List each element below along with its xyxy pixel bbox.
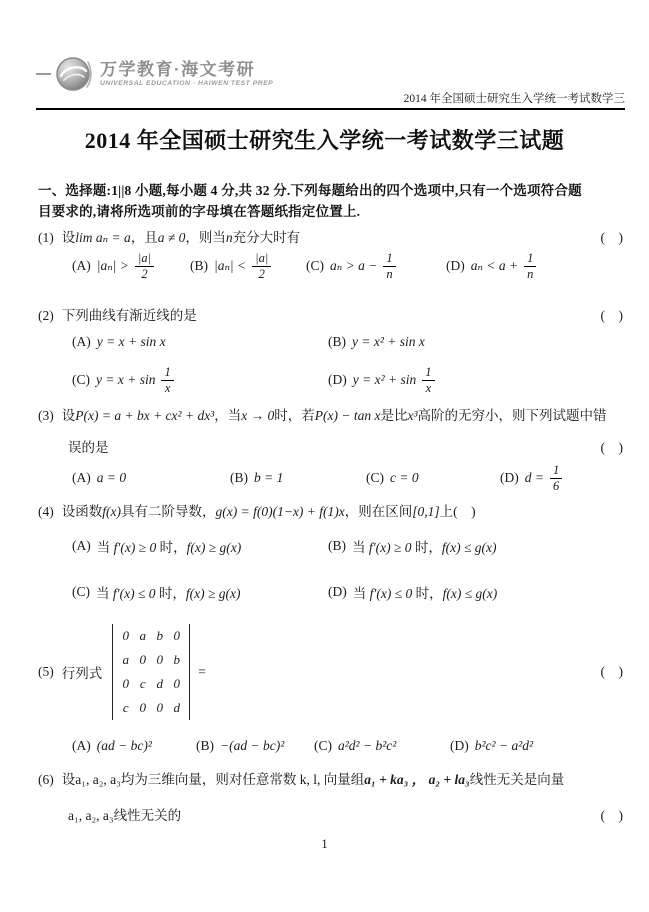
question-3-options: (A) a = 0 (B) b = 1 (C) c = 0 (D) d = 16 — [72, 456, 623, 500]
fraction: |a|2 — [252, 251, 271, 282]
option-math: a²d² − b²c² — [338, 738, 396, 754]
stem-text: 上 — [440, 500, 454, 520]
stem-text: 设 — [62, 226, 76, 246]
fraction: |a|2 — [135, 251, 154, 282]
option-label: (D) — [328, 584, 347, 600]
globe-icon — [54, 54, 94, 94]
option-B: (B) b = 1 — [230, 470, 366, 486]
option-label: (D) — [450, 738, 469, 754]
question-number: (2) — [38, 308, 54, 324]
stem-text: 设 — [62, 404, 76, 424]
question-6-stem-line1: (6) 设 a₁, a₂, a₃ 均为三维向量，则对任意常数 k, l, 向量组… — [38, 768, 623, 788]
question-number: (5) — [38, 664, 54, 680]
stem-text: 具有二阶导数， — [121, 500, 216, 520]
option-B: (B) |aₙ| < |a|2 — [190, 251, 306, 282]
option-math: b²c² − a²d² — [475, 738, 533, 754]
option-math: aₙ < a + — [471, 258, 518, 274]
option-C: (C) a²d² − b²c² — [314, 738, 450, 754]
option-math: y = x² + sin — [353, 372, 417, 388]
stem-math: P(x) − tan x — [315, 408, 381, 424]
fraction: 16 — [550, 463, 562, 494]
option-math: |aₙ| < — [214, 258, 246, 274]
stem-text: ，当 — [214, 404, 241, 424]
option-B: (B) 当 f′(x) ≥ 0 时，f(x) ≤ g(x) — [328, 536, 497, 556]
determinant-matrix: 0ab0 a00b 0cd0 c00d — [112, 624, 190, 720]
option-B: (B) y = x² + sin x — [328, 334, 425, 350]
stem-text: 时，若 — [274, 404, 315, 424]
stem-text: ，且 — [131, 226, 158, 246]
question-1-options: (A) |aₙ| > |a|2 (B) |aₙ| < |a|2 (C) aₙ >… — [72, 244, 623, 288]
option-A: (A) 当 f′(x) ≥ 0 时，f(x) ≥ g(x) — [72, 536, 328, 556]
answer-bracket: ( ) — [601, 440, 624, 456]
option-math: a = 0 — [97, 470, 126, 486]
section-line1: 一、选择题:1||8 小题,每小题 4 分,共 32 分.下列每题给出的四个选项… — [38, 180, 623, 201]
fraction: 1n — [524, 251, 536, 282]
question-4-options-row1: (A) 当 f′(x) ≥ 0 时，f(x) ≥ g(x) (B) 当 f′(x… — [72, 534, 623, 558]
option-label: (B) — [328, 334, 346, 350]
option-label: (C) — [306, 258, 324, 274]
fraction: 1x — [422, 365, 434, 396]
question-3-stem-line2: 误的是 ( ) — [38, 436, 623, 456]
option-D: (D) b²c² − a²d² — [450, 738, 533, 754]
option-C: (C) 当 f′(x) ≤ 0 时，f(x) ≥ g(x) — [72, 582, 328, 602]
question-5-options: (A) (ad − bc)² (B) −(ad − bc)² (C) a²d² … — [72, 734, 623, 758]
answer-bracket: ( ) — [601, 664, 624, 680]
option-label: (B) — [190, 258, 208, 274]
option-C: (C) c = 0 — [366, 470, 500, 486]
equals-sign: = — [198, 664, 206, 680]
option-C: (C) aₙ > a − 1n — [306, 251, 446, 282]
option-label: (D) — [500, 470, 519, 486]
stem-text: 是比 — [380, 404, 407, 424]
option-math: b = 1 — [254, 470, 283, 486]
option-label: (D) — [446, 258, 465, 274]
option-math: y = x + sin x — [97, 334, 166, 350]
stem-math: [0,1] — [412, 504, 439, 520]
stem-text: ，则当 — [185, 226, 226, 246]
logo-text: 万学教育·海文考研 UNIVERSAL EDUCATION · HAIWEN T… — [100, 61, 273, 88]
option-label: (C) — [366, 470, 384, 486]
stem-math-bold: a₁ + ka₃ ， a₂ + la₃ — [364, 768, 469, 788]
stem-math: a₁, a₂, a₃ — [38, 808, 114, 824]
stem-text: 下列曲线有渐近线的是 — [62, 304, 197, 324]
stem-text: 均为三维向量，则对任意常数 k, l, 向量组 — [121, 768, 364, 788]
option-A: (A) a = 0 — [72, 470, 230, 486]
page-number: 1 — [0, 836, 649, 852]
question-3-stem-line1: (3) 设 P(x) = a + bx + cx² + dx³，当 x → 0 … — [38, 404, 623, 424]
logo-cn-text: 万学教育·海文考研 — [100, 61, 273, 79]
option-label: (A) — [72, 258, 91, 274]
option-math: (ad − bc)² — [97, 738, 152, 754]
stem-text: ，则在区间 — [345, 500, 413, 520]
question-2-options-row1: (A) y = x + sin x (B) y = x² + sin x — [72, 330, 623, 354]
stem-text: 线性无关是向量 — [470, 768, 565, 788]
stem-text: 充分大时有 — [233, 226, 301, 246]
option-math: −(ad − bc)² — [220, 738, 284, 754]
fraction: 1n — [383, 251, 395, 282]
question-number: (6) — [38, 772, 54, 788]
option-math: c = 0 — [390, 470, 419, 486]
option-label: (A) — [72, 334, 91, 350]
answer-bracket: ( ) — [453, 504, 476, 520]
question-5-stem: (5) 行列式 0ab0 a00b 0cd0 c00d = ( ) — [38, 620, 623, 724]
answer-bracket: ( ) — [601, 808, 624, 824]
stem-text: 高阶的无穷小，则下列试题中错 — [418, 404, 607, 424]
stem-text: 行列式 — [62, 662, 103, 682]
option-label: (C) — [72, 372, 90, 388]
logo-dash — [36, 73, 51, 75]
logo: 万学教育·海文考研 UNIVERSAL EDUCATION · HAIWEN T… — [36, 54, 273, 94]
option-label: (C) — [314, 738, 332, 754]
page-title: 2014 年全国硕士研究生入学统一考试数学三试题 — [0, 124, 649, 155]
stem-text: 线性无关的 — [114, 804, 182, 824]
stem-math: f(x) — [102, 504, 121, 520]
option-C: (C) y = x + sin 1x — [72, 365, 328, 396]
option-math: |aₙ| > — [97, 258, 129, 274]
stem-math: x³ — [407, 408, 417, 424]
option-label: (B) — [230, 470, 248, 486]
option-label: (A) — [72, 738, 91, 754]
stem-text: 误的是 — [38, 436, 109, 456]
option-math: aₙ > a − — [330, 258, 377, 274]
option-math: d = — [525, 470, 544, 486]
answer-bracket: ( ) — [601, 308, 624, 324]
option-label: (B) — [196, 738, 214, 754]
section-instructions: 一、选择题:1||8 小题,每小题 4 分,共 32 分.下列每题给出的四个选项… — [38, 180, 623, 222]
stem-math: g(x) = f(0)(1−x) + f(1)x — [215, 504, 344, 520]
question-number: (3) — [38, 408, 54, 424]
option-label: (C) — [72, 584, 90, 600]
section-line2: 目要求的,请将所选项前的字母填在答题纸指定位置上. — [38, 201, 623, 222]
option-D: (D) 当 f′(x) ≤ 0 时，f(x) ≤ g(x) — [328, 582, 497, 602]
option-D: (D) aₙ < a + 1n — [446, 251, 536, 282]
option-D: (D) d = 16 — [500, 463, 562, 494]
option-label: (A) — [72, 470, 91, 486]
option-label: (A) — [72, 538, 91, 554]
option-label: (B) — [328, 538, 346, 554]
option-math: y = x + sin — [96, 372, 155, 388]
option-A: (A) y = x + sin x — [72, 334, 328, 350]
stem-math: x → 0 — [241, 408, 274, 424]
option-B: (B) −(ad − bc)² — [196, 738, 314, 754]
stem-text: 设 — [62, 768, 76, 788]
exam-page: 万学教育·海文考研 UNIVERSAL EDUCATION · HAIWEN T… — [0, 0, 649, 912]
question-4-options-row2: (C) 当 f′(x) ≤ 0 时，f(x) ≥ g(x) (D) 当 f′(x… — [72, 580, 623, 604]
question-number: (4) — [38, 504, 54, 520]
stem-math: P(x) = a + bx + cx² + dx³ — [75, 408, 214, 424]
stem-math: a₁, a₂, a₃ — [75, 772, 121, 788]
option-D: (D) y = x² + sin 1x — [328, 365, 435, 396]
question-2-stem: (2) 下列曲线有渐近线的是 ( ) — [38, 304, 623, 324]
question-2-options-row2: (C) y = x + sin 1x (D) y = x² + sin 1x — [72, 358, 623, 402]
stem-text: 设函数 — [62, 500, 103, 520]
fraction: 1x — [161, 365, 173, 396]
option-label: (D) — [328, 372, 347, 388]
question-1-stem: (1) 设 lim aₙ = a，且 a ≠ 0 ，则当 n 充分大时有 ( ) — [38, 226, 623, 246]
header-course-label: 2014 年全国硕士研究生入学统一考试数学三 — [404, 90, 625, 106]
question-number: (1) — [38, 230, 54, 246]
question-4-stem: (4) 设函数 f(x) 具有二阶导数，g(x) = f(0)(1−x) + f… — [38, 500, 623, 520]
header-rule — [36, 108, 625, 110]
option-A: (A) |aₙ| > |a|2 — [72, 251, 190, 282]
option-A: (A) (ad − bc)² — [72, 738, 196, 754]
option-math: y = x² + sin x — [352, 334, 425, 350]
question-6-stem-line2: a₁, a₂, a₃ 线性无关的 ( ) — [38, 804, 623, 824]
logo-en-text: UNIVERSAL EDUCATION · HAIWEN TEST PREP — [100, 80, 273, 87]
